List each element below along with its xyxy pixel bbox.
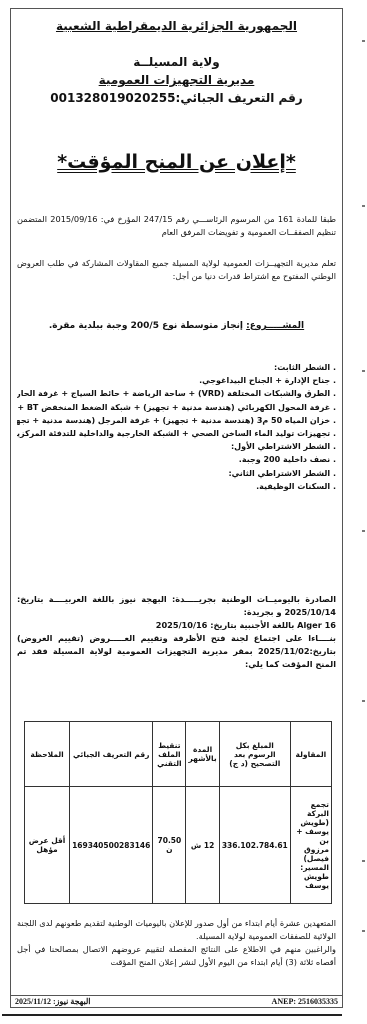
publication-paragraph: الصادرة باليوميــات الوطنية بجريـــــدة:… bbox=[17, 593, 336, 671]
lot-item: . السكنات الوظيفية. bbox=[17, 480, 336, 493]
notice-title: *إعلان عن المنح المؤقت* bbox=[11, 151, 342, 173]
table-header-row: المقاولة المبلغ بكل الرسوم بعد التصحيح (… bbox=[25, 722, 332, 787]
wilaya-header: ولاية المسيلــة bbox=[11, 55, 342, 69]
legal-basis-paragraph: طبقا للمادة 161 من المرسوم الرئاســـي رق… bbox=[17, 213, 336, 239]
table-row: تجمع البركة (طويش يوسف + بن مرزوق فيصل) … bbox=[25, 787, 332, 904]
directorate-header: مديرية التجهيزات العمومية bbox=[11, 73, 342, 87]
header-note: الملاحظة bbox=[25, 722, 70, 787]
cell-duration: 12 ش bbox=[186, 787, 219, 904]
republic-header: الجمهورية الجزائرية الديمقراطية الشعبية bbox=[11, 19, 342, 33]
header-technical-score: تنقيط الملف التقني bbox=[153, 722, 186, 787]
header-company: المقاولة bbox=[290, 722, 331, 787]
lots-list: . الشطر الثابت: . جناح الإدارة + الجناح … bbox=[17, 361, 336, 493]
lot-item: . الشطر الاشتراطي الأول: bbox=[17, 440, 336, 453]
lot-item: . الشطر الاشتراطي الثاني: bbox=[17, 467, 336, 480]
award-table: المقاولة المبلغ بكل الرسوم بعد التصحيح (… bbox=[24, 721, 332, 904]
newspaper-date: البهجة نيوز: 2025/11/12 bbox=[15, 997, 91, 1006]
closing-line-2: والراغبين منهم في الاطلاع على النتائج ال… bbox=[17, 943, 336, 969]
lot-item: . غرفة المحول الكهربائي (هندسة مدنية + ت… bbox=[17, 401, 336, 414]
cell-amount: 336.102.784.61 bbox=[219, 787, 290, 904]
tax-id-header: رقم التعريف الجبائي:001328019020255 bbox=[11, 91, 342, 105]
closing-line-1: المتعهدين عشرة أيام ابتداء من أول صدور ل… bbox=[17, 917, 336, 943]
bottom-rule bbox=[2, 1014, 342, 1016]
project-label: المشـــــروع: bbox=[246, 321, 304, 331]
anep-reference: ANEP: 2516035335 bbox=[272, 997, 338, 1006]
lot-item: . الشطر الثابت: bbox=[17, 361, 336, 374]
cell-tax-id: 169340500283146 bbox=[70, 787, 153, 904]
publication-line-1: الصادرة باليوميــات الوطنية بجريـــــدة:… bbox=[17, 593, 336, 619]
lot-item: . خزان المياه 50 م3 (هندسة مدنية + تجهيز… bbox=[17, 414, 336, 427]
notice-frame: الجمهورية الجزائرية الديمقراطية الشعبية … bbox=[10, 8, 343, 1008]
notice-paragraph: تعلم مديرية التجهيــزات العمومية لولاية … bbox=[17, 257, 336, 283]
cell-note: أقل عرض مؤهل bbox=[25, 787, 70, 904]
lot-item: . الطرق والشبكات المختلفة (VRD) + ساحة ا… bbox=[17, 387, 336, 400]
header-amount: المبلغ بكل الرسوم بعد التصحيح (د ج) bbox=[219, 722, 290, 787]
header-duration: المدة بالأشهر bbox=[186, 722, 219, 787]
publication-line-3: بنــــاءا على اجتماع لجنة فتح الأظرفة وت… bbox=[17, 632, 336, 671]
closing-paragraph: المتعهدين عشرة أيام ابتداء من أول صدور ل… bbox=[17, 917, 336, 969]
lot-item: . جناح الإدارة + الجناح البيداغوجي. bbox=[17, 374, 336, 387]
publication-line-2: Alger 16 باللغة الأجنبية بتاريخ: 2025/10… bbox=[17, 619, 336, 632]
lot-item: . تجهيزات توليد الماء الساخن الصحي + الش… bbox=[17, 427, 336, 440]
footer-divider bbox=[11, 995, 342, 996]
cell-technical-score: 70.50 ن bbox=[153, 787, 186, 904]
project-text: إنجاز متوسطة نوع 200/5 وجبة ببلدية مقرة. bbox=[49, 321, 246, 331]
cell-company: تجمع البركة (طويش يوسف + بن مرزوق فيصل) … bbox=[290, 787, 331, 904]
project-line: المشـــــروع: إنجاز متوسطة نوع 200/5 وجب… bbox=[11, 321, 342, 331]
header-tax-id: رقم التعريف الجبائي bbox=[70, 722, 153, 787]
lot-item: . نصف داخلية 200 وجبة. bbox=[17, 453, 336, 466]
scan-margin-marks bbox=[359, 0, 365, 1024]
footer: ANEP: 2516035335 البهجة نيوز: 2025/11/12 bbox=[15, 997, 338, 1009]
